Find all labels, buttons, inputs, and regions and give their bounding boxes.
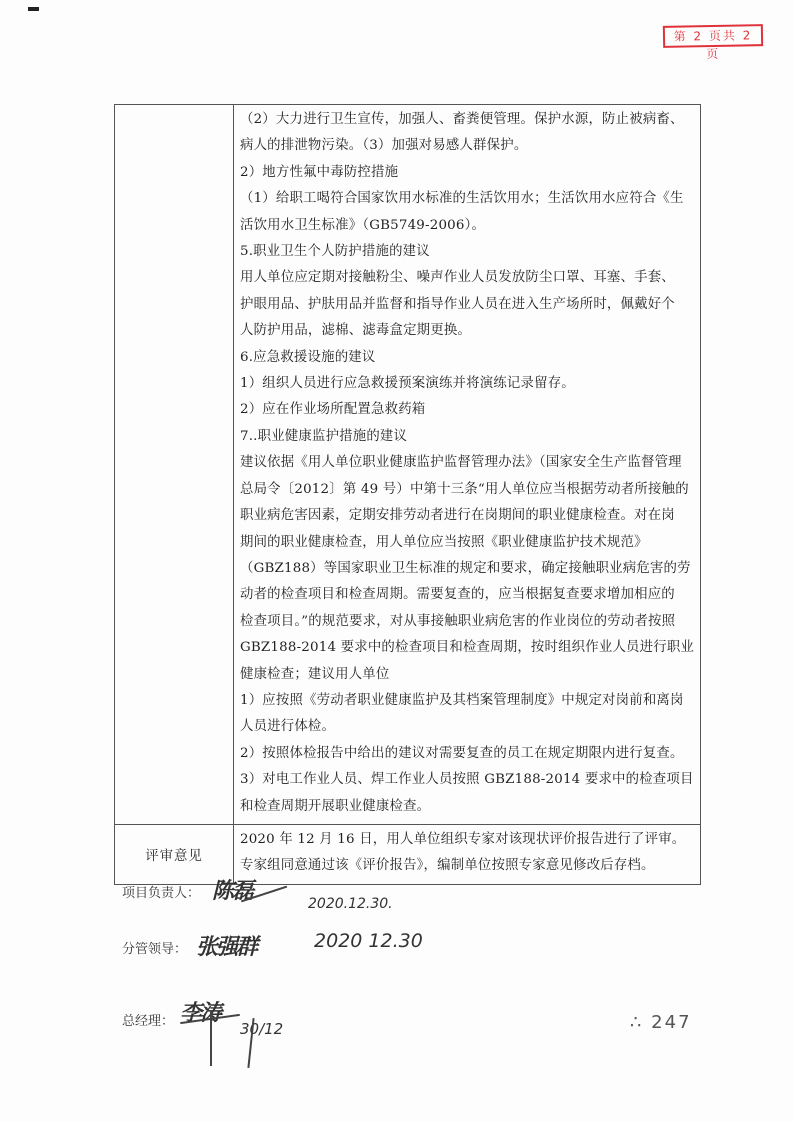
report-table: （2）大力进行卫生宣传，加强人、畜粪便管理。保护水源，防止被病畜、 病人的排泄物… xyxy=(114,104,701,885)
content-line: 建议依据《用人单位职业健康监护监督管理办法》（国家安全生产监督管理 xyxy=(240,450,694,476)
content-line: 2）按照体检报告中给出的建议对需要复查的员工在规定期限内进行复查。 xyxy=(240,741,694,767)
review-line: 2020 年 12 月 16 日，用人单位组织专家对该现状评价报告进行了评审。 xyxy=(240,827,694,853)
general-manager-label: 总经理： xyxy=(122,1010,174,1029)
content-line: 1）应按照《劳动者职业健康监护及其档案管理制度》中规定对岗前和离岗 xyxy=(240,688,694,714)
page-count-stamp: 第 2 页共 2 页 xyxy=(663,24,763,48)
general-manager-date: 30/12 xyxy=(240,1020,283,1038)
review-content: 2020 年 12 月 16 日，用人单位组织专家对该现状评价报告进行了评审。 … xyxy=(233,824,700,884)
content-line: GBZ188-2014 要求中的检查项目和检查周期，按时组织作业人员进行职业 xyxy=(240,635,694,661)
content-line: 护眼用品、护肤用品并监督和指导作业人员在进入生产场所时，佩戴好个 xyxy=(240,292,694,318)
content-line: 健康检查；建议用人单位 xyxy=(240,662,694,688)
project-lead-date: 2020.12.30. xyxy=(308,896,393,912)
content-line: 1）组织人员进行应急救援预案演练并将演练记录留存。 xyxy=(240,371,694,397)
recommendations-content: （2）大力进行卫生宣传，加强人、畜粪便管理。保护水源，防止被病畜、 病人的排泄物… xyxy=(233,105,700,825)
content-line: 2）地方性氟中毒防控措施 xyxy=(240,160,694,186)
section-heading: 7..职业健康监护措施的建议 xyxy=(240,424,694,450)
scan-mark xyxy=(28,7,39,11)
content-line: 人员进行体检。 xyxy=(240,714,694,740)
content-line: 病人的排泄物污染。（3）加强对易感人群保护。 xyxy=(240,133,694,159)
content-line: （GBZ188）等国家职业卫生标准的规定和要求，确定接触职业病危害的劳 xyxy=(240,556,694,582)
content-line: 和检查周期开展职业健康检查。 xyxy=(240,794,694,820)
section-heading: 5.职业卫生个人防护措施的建议 xyxy=(240,239,694,265)
recommendations-row: （2）大力进行卫生宣传，加强人、畜粪便管理。保护水源，防止被病畜、 病人的排泄物… xyxy=(115,105,701,825)
content-line: 总局令〔2012〕第 49 号）中第十三条“用人单位应当根据劳动者所接触的 xyxy=(240,477,694,503)
page-number: ∴ 247 xyxy=(630,1012,692,1033)
content-line: 活饮用水卫生标准》（GB5749-2006）。 xyxy=(240,213,694,239)
content-line: 动者的检查项目和检查周期。需要复查的，应当根据复查要求增加相应的 xyxy=(240,582,694,608)
content-line: 期间的职业健康检查，用人单位应当按照《职业健康监护技术规范》 xyxy=(240,530,694,556)
content-line: （1）给职工喝符合国家饮用水标准的生活饮用水；生活饮用水应符合《生 xyxy=(240,186,694,212)
content-line: （2）大力进行卫生宣传，加强人、畜粪便管理。保护水源，防止被病畜、 xyxy=(240,107,694,133)
supervisor-date: 2020 12.30 xyxy=(314,930,423,952)
content-line: 用人单位应定期对接触粉尘、噪声作业人员发放防尘口罩、耳塞、手套、 xyxy=(240,265,694,291)
content-line: 职业病危害因素，定期安排劳动者进行在岗期间的职业健康检查。对在岗 xyxy=(240,503,694,529)
review-line: 专家组同意通过该《评价报告》，编制单位按照专家意见修改后存档。 xyxy=(240,853,694,879)
review-row: 评审意见 2020 年 12 月 16 日，用人单位组织专家对该现状评价报告进行… xyxy=(115,824,701,884)
supervisor-label: 分管领导： xyxy=(122,938,187,957)
empty-label-cell xyxy=(115,105,234,825)
content-line: 3）对电工作业人员、焊工作业人员按照 GBZ188-2014 要求中的检查项目 xyxy=(240,767,694,793)
content-line: 检查项目。”的规范要求，对从事接触职业病危害的作业岗位的劳动者按照 xyxy=(240,609,694,635)
content-line: 人防护用品，滤棉、滤毒盒定期更换。 xyxy=(240,318,694,344)
section-heading: 6.应急救援设施的建议 xyxy=(240,345,694,371)
project-lead-label: 项目负责人： xyxy=(122,882,200,901)
content-line: 2）应在作业场所配置急救药箱 xyxy=(240,397,694,423)
signature-stroke xyxy=(210,1010,212,1066)
supervisor-signature: 张强群 xyxy=(196,930,256,961)
